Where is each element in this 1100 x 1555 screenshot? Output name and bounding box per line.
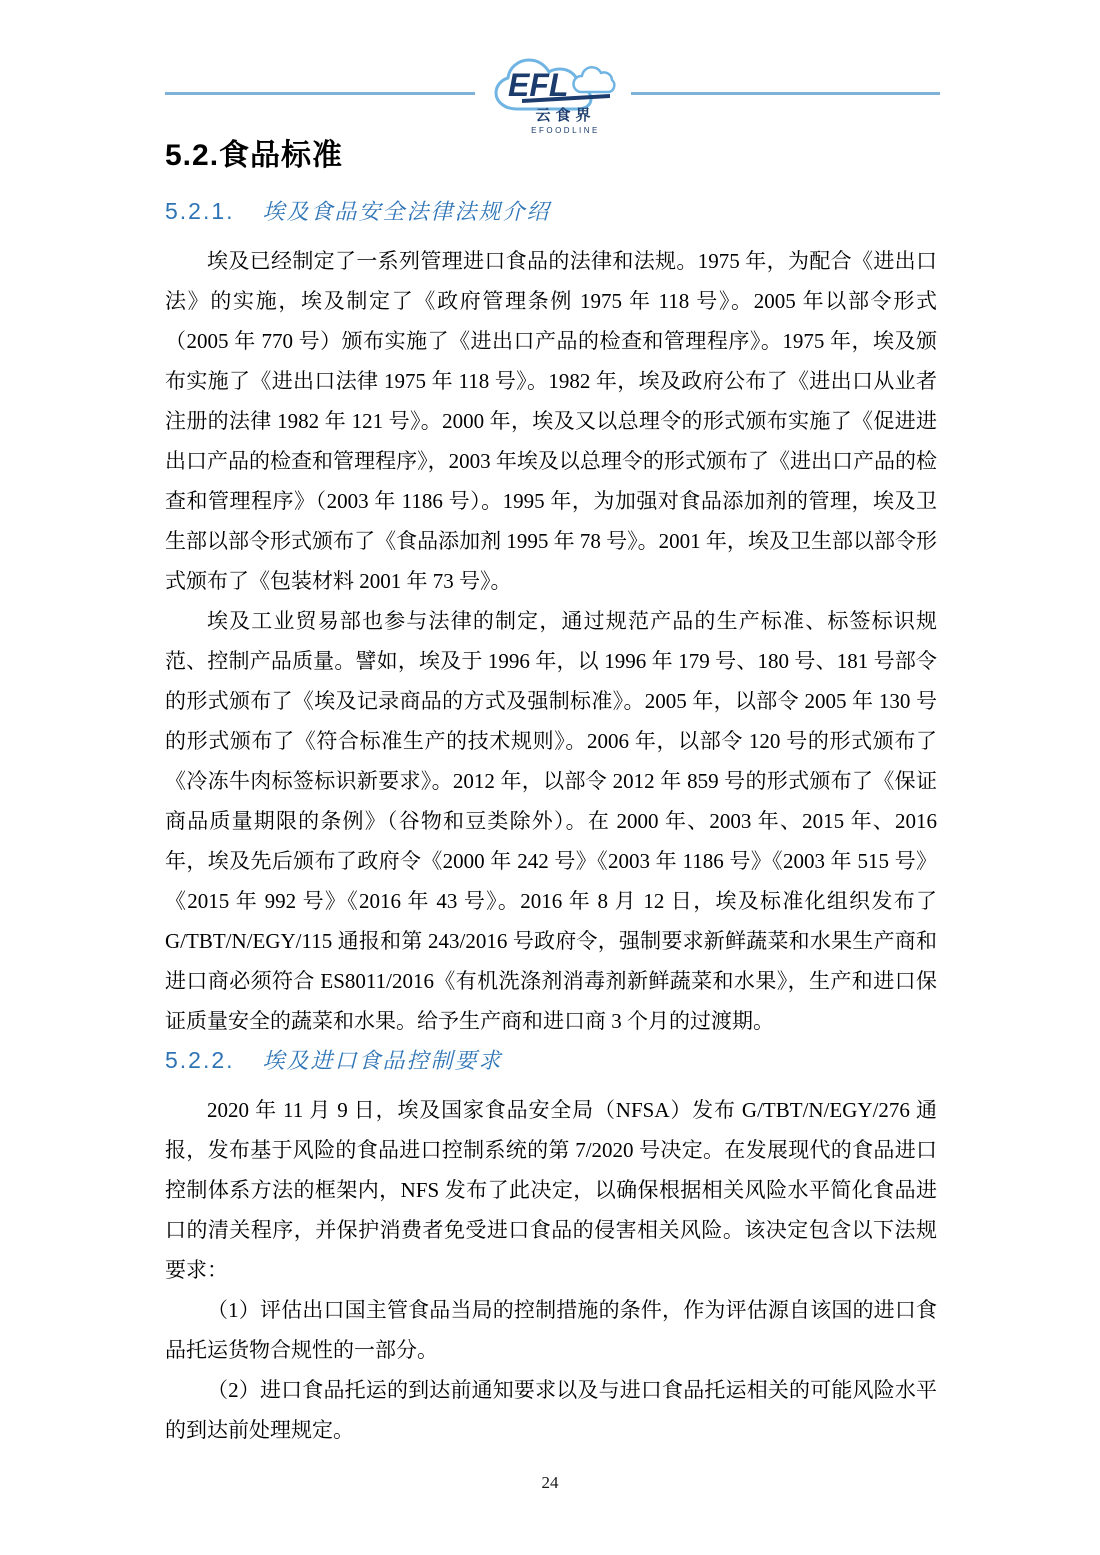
section-number: 5.2.1. bbox=[165, 198, 235, 224]
section-heading-text: 埃及进口食品控制要求 bbox=[263, 1048, 503, 1073]
paragraph: （1）评估出口国主管食品当局的控制措施的条件，作为评估源自该国的进口食品托运货物… bbox=[165, 1290, 937, 1370]
paragraph: （2）进口食品托运的到达前通知要求以及与进口食品托运相关的可能风险水平的到达前处… bbox=[165, 1370, 937, 1450]
section-number: 5.2.2. bbox=[165, 1047, 235, 1073]
section-heading-5-2-2: 5.2.2.埃及进口食品控制要求 bbox=[165, 1045, 937, 1076]
paragraph: 埃及工业贸易部也参与法律的制定，通过规范产品的生产标准、标签标识规范、控制产品质… bbox=[165, 601, 937, 1041]
section-heading-text: 埃及食品安全法律法规介绍 bbox=[263, 199, 551, 224]
document-content: 5.2.食品标准 5.2.1.埃及食品安全法律法规介绍 埃及已经制定了一系列管理… bbox=[165, 0, 937, 1450]
section-heading-5-2-1: 5.2.1.埃及食品安全法律法规介绍 bbox=[165, 196, 937, 227]
paragraph: 2020 年 11 月 9 日，埃及国家食品安全局（NFSA）发布 G/TBT/… bbox=[165, 1090, 937, 1290]
page-footer: 24 bbox=[0, 1473, 1100, 1493]
document-page: EFL 云食界 EFOODLINE 5.2.食品标准 5.2.1.埃及食品安全法… bbox=[0, 0, 1100, 1555]
paragraph: 埃及已经制定了一系列管理进口食品的法律和法规。1975 年，为配合《进出口法》的… bbox=[165, 241, 937, 601]
page-title: 5.2.食品标准 bbox=[165, 136, 937, 176]
page-number: 24 bbox=[542, 1473, 559, 1492]
